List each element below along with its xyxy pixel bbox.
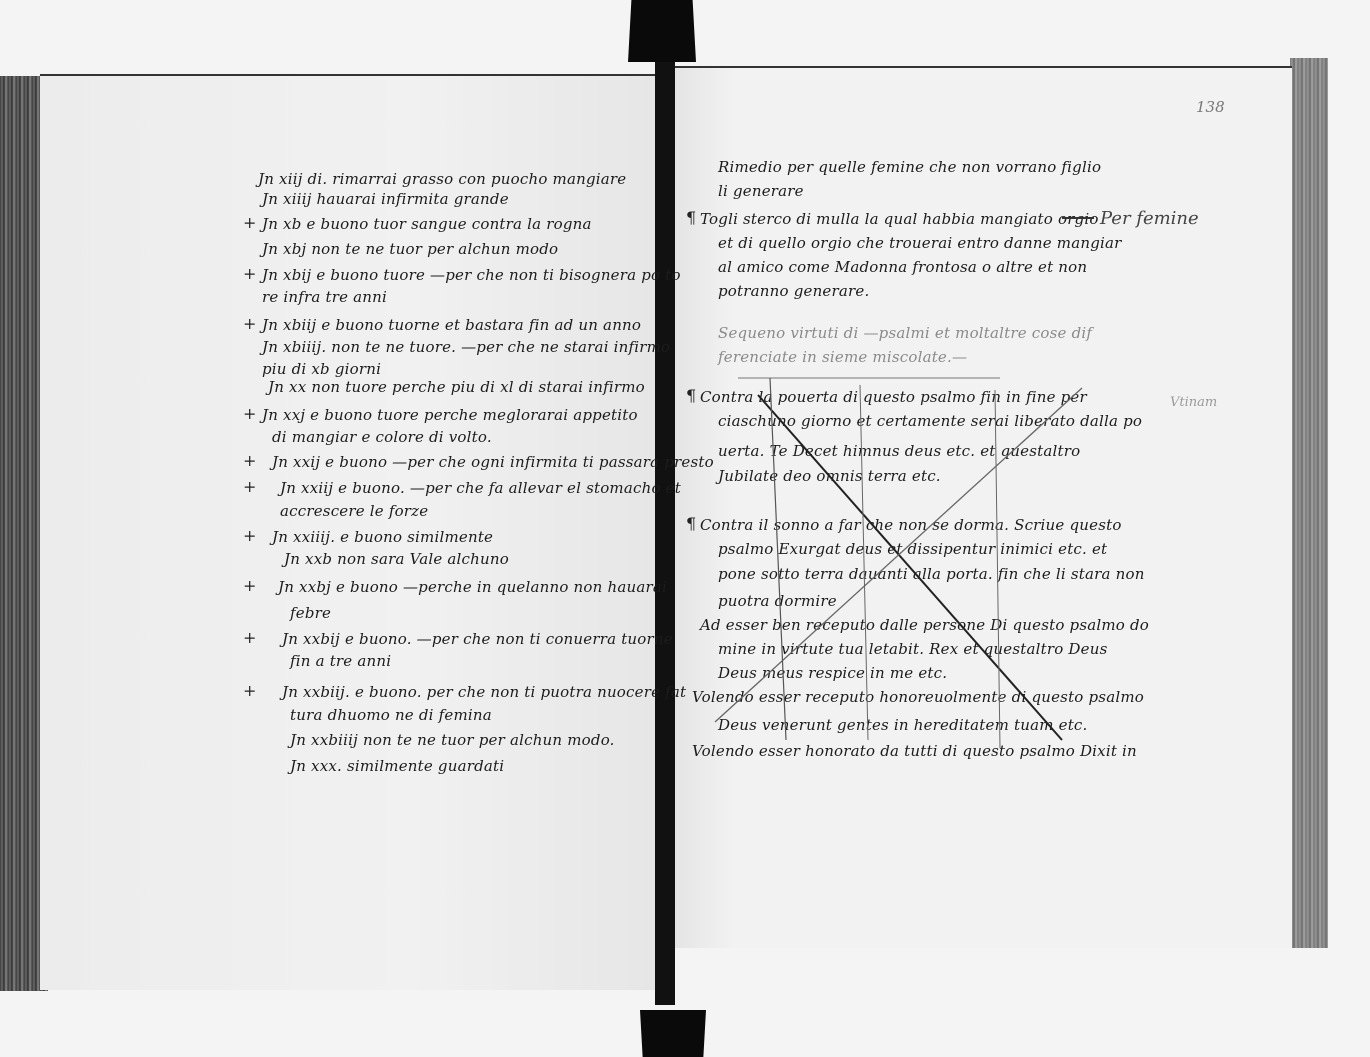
manuscript-line: Jn xxbj e buono —perche in quelanno non … (278, 578, 667, 596)
manuscript-line: Volendo esser receputo honoreuolmente di… (692, 688, 1144, 706)
manuscript-line: et di quello orgio che trouerai entro da… (718, 234, 1122, 252)
manuscript-line: Jn xbiiij. non te ne tuore. —per che ne … (262, 338, 670, 356)
manuscript-line: puotra dormire (718, 592, 837, 610)
manuscript-line: Volendo esser honorato da tutti di quest… (692, 742, 1137, 760)
manuscript-line: Jn xbij e buono tuore —per che non ti bi… (262, 266, 681, 284)
manuscript-line: re infra tre anni (262, 288, 387, 306)
manuscript-line: Jn xxx. similmente guardati (290, 757, 504, 775)
manuscript-line: Sequeno virtuti di —psalmi et moltaltre … (718, 324, 1092, 342)
plus-marker: + (243, 264, 256, 283)
manuscript-line: Jn xiij di. rimarrai grasso con puocho m… (258, 170, 626, 188)
manuscript-line: mine in virtute tua letabit. Rex et ques… (718, 640, 1108, 658)
manuscript-line: al amico come Madonna frontosa o altre e… (718, 258, 1087, 276)
manuscript-line: pone sotto terra dauanti alla porta. fin… (718, 565, 1145, 583)
plus-marker: + (243, 526, 256, 545)
margin-note-per-femine: Per femine (1100, 208, 1199, 229)
manuscript-line: Deus meus respice in me etc. (718, 664, 947, 682)
manuscript-line: ferenciate in sieme miscolate.— (718, 348, 967, 366)
manuscript-line: fin a tre anni (290, 652, 391, 670)
plus-marker: + (243, 477, 256, 496)
margin-pointer-line (1062, 217, 1094, 219)
manuscript-line: Togli sterco di mulla la qual habbia man… (700, 210, 1099, 228)
manuscript-line: Jn xxb non sara Vale alchuno (284, 550, 509, 568)
manuscript-line: Contra il sonno a far che non se dorma. … (700, 516, 1122, 534)
plus-marker: + (243, 314, 256, 333)
manuscript-line: di mangiar e colore di volto. (272, 428, 492, 446)
manuscript-line: Jn xxbij e buono. —per che non ti conuer… (282, 630, 673, 648)
manuscript-line: piu di xb giorni (262, 360, 381, 378)
plus-marker: + (243, 628, 256, 647)
paragraph-marker: ¶ (686, 514, 696, 533)
plus-marker: + (243, 213, 256, 232)
manuscript-line: uerta. Te Decet himnus deus etc. et ques… (718, 442, 1080, 460)
manuscript-line: Deus venerunt gentes in hereditatem tuam… (718, 716, 1088, 734)
manuscript-line: Jn xxiij e buono. —per che fa allevar el… (280, 479, 681, 497)
manuscript-line: Jubilate deo omnis terra etc. (718, 467, 941, 485)
manuscript-line: Jn xx non tuore perche piu di xl di star… (268, 378, 645, 396)
manuscript-line: ciaschuno giorno et certamente serai lib… (718, 412, 1142, 430)
book-gutter (655, 60, 675, 1005)
clamp-top (628, 0, 696, 62)
plus-marker: + (243, 404, 256, 423)
manuscript-line: Jn xbiij e buono tuorne et bastara fin a… (262, 316, 641, 334)
manuscript-line: febre (290, 604, 331, 622)
right-page-edges (1290, 58, 1328, 948)
manuscript-line: Jn xbj non te ne tuor per alchun modo (262, 240, 558, 258)
manuscript-line: Contra la pouerta di questo psalmo fin i… (700, 388, 1087, 406)
manuscript-line: Jn xxj e buono tuore perche meglorarai a… (262, 406, 638, 424)
manuscript-line: tura dhuomo ne di femina (290, 706, 492, 724)
folio-number: 138 (1196, 98, 1225, 116)
manuscript-line: Jn xb e buono tuor sangue contra la rogn… (262, 215, 592, 233)
clamp-bottom (640, 1010, 706, 1057)
manuscript-line: Jn xxbiij. e buono. per che non ti puotr… (282, 683, 686, 701)
margin-note-vtinam: Vtinam (1170, 395, 1217, 410)
manuscript-line: Jn xxbiiij non te ne tuor per alchun mod… (290, 731, 615, 749)
manuscript-line: li generare (718, 182, 804, 200)
manuscript-line: psalmo Exurgat deus et dissipentur inimi… (718, 540, 1107, 558)
manuscript-line: Ad esser ben receputo dalle persone Di q… (700, 616, 1149, 634)
manuscript-line: Jn xxiiij. e buono similmente (272, 528, 493, 546)
manuscript-line: Rimedio per quelle femine che non vorran… (718, 158, 1101, 176)
plus-marker: + (243, 576, 256, 595)
paragraph-marker: ¶ (686, 208, 696, 227)
manuscript-line: Jn xiiij hauarai infirmita grande (262, 190, 509, 208)
manuscript-line: accrescere le forze (280, 502, 428, 520)
plus-marker: + (243, 681, 256, 700)
manuscript-line: potranno generare. (718, 282, 869, 300)
paragraph-marker: ¶ (686, 386, 696, 405)
manuscript-line: Jn xxij e buono —per che ogni infirmita … (272, 453, 714, 471)
plus-marker: + (243, 451, 256, 470)
